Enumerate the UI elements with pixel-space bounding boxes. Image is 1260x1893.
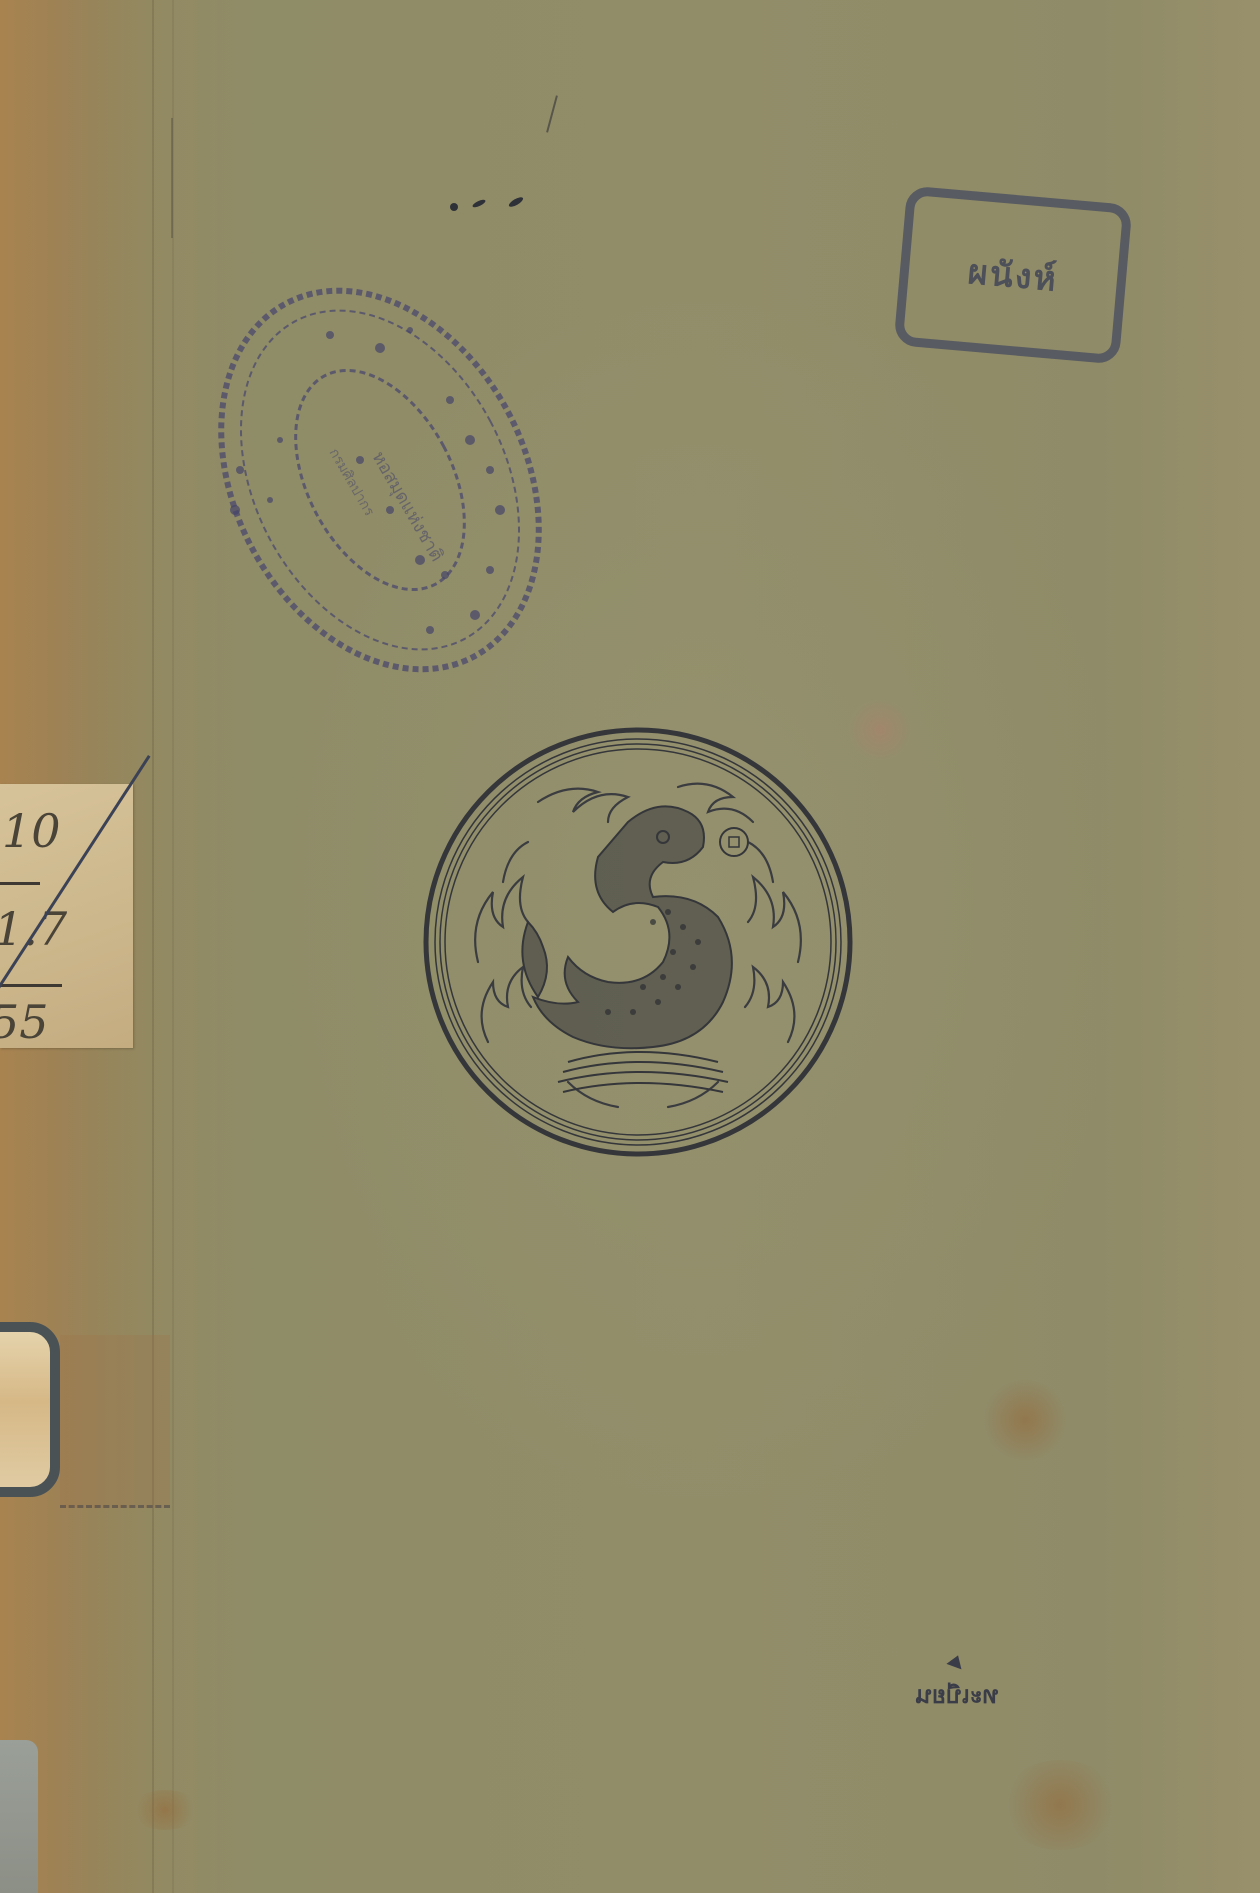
pencil-mark — [546, 95, 558, 132]
oval-stamp: หอสมุดแห่งชาติ กรมศิลปากร — [180, 270, 580, 690]
divider — [0, 984, 62, 987]
paper-stain — [1000, 1760, 1120, 1850]
pencil-mark — [171, 118, 173, 238]
book-cover: หอสมุดแห่งชาติ กรมศิลปากร ผนังห์ — [0, 0, 1260, 1893]
call-number-line1: 10 — [2, 808, 61, 854]
ink-dots — [450, 195, 540, 215]
publisher-imprint: ทะเบียน — [892, 1675, 1022, 1714]
rect-stamp: ผนังห์ — [893, 185, 1132, 364]
corner-tab — [0, 1740, 38, 1893]
rect-stamp-text: ผนังห์ — [966, 244, 1061, 306]
spine-crease — [172, 0, 174, 1893]
oval-stamp-outer-text: หอสมุดแห่งชาติ — [368, 448, 448, 565]
divider — [0, 882, 40, 885]
spine-crease — [152, 0, 154, 1893]
dragon-seal-emblem-icon — [418, 722, 858, 1162]
call-number-label: 10 1.7 55 — [0, 784, 133, 1048]
paper-stain — [130, 1790, 200, 1830]
call-number-line3: 55 — [0, 999, 49, 1045]
paper-stain — [980, 1380, 1070, 1460]
imprint-mark-icon — [946, 1653, 965, 1670]
spine-label — [0, 1322, 60, 1497]
spine-patch — [60, 1335, 170, 1508]
